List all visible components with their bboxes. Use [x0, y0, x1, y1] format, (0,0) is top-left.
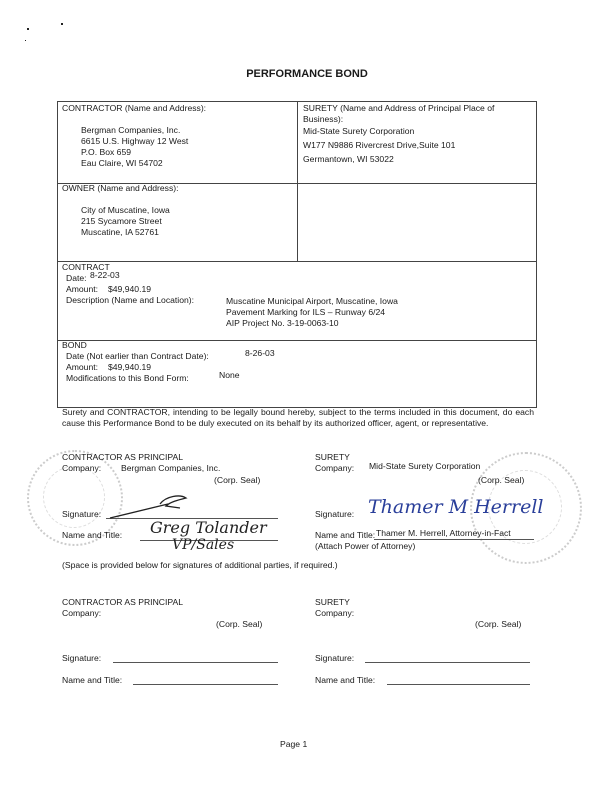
principal-handwritten-title: VP/Sales — [172, 537, 234, 553]
column-divider — [297, 101, 298, 261]
contractor-address-line: Bergman Companies, Inc. — [81, 125, 180, 136]
principal-handwritten-name: Greg Tolander — [150, 518, 267, 537]
surety-seal-label: (Corp. Seal) — [478, 475, 524, 486]
surety-company-value: Mid-State Surety Corporation — [369, 461, 480, 472]
owner-address-line: City of Muscatine, Iowa — [81, 205, 170, 216]
bond-modifications-value: None — [219, 370, 240, 381]
principal-company-label: Company: — [62, 463, 101, 474]
owner-label: OWNER (Name and Address): — [62, 183, 179, 194]
additional-parties-note: (Space is provided below for signatures … — [62, 560, 338, 571]
owner-address-line: Muscatine, IA 52761 — [81, 227, 159, 238]
contract-amount-label: Amount: — [66, 284, 98, 295]
additional-surety-signature-label: Signature: — [315, 653, 354, 664]
additional-principal-name-title-line[interactable] — [133, 684, 278, 685]
scan-speck — [61, 23, 63, 25]
bond-date-value: 8-26-03 — [245, 348, 275, 359]
surety-handwritten-signature: Thamer M Herrell — [368, 496, 544, 518]
additional-surety-signature-line[interactable] — [365, 662, 530, 663]
principal-name-title-label: Name and Title: — [62, 530, 122, 541]
surety-name-title-label: Name and Title: — [315, 530, 375, 541]
scan-speck — [27, 28, 29, 30]
additional-surety-name-title-label: Name and Title: — [315, 675, 375, 686]
contract-amount-value: $49,940.19 — [108, 284, 151, 295]
contract-date-label: Date: — [66, 273, 87, 284]
surety-company-label: Company: — [315, 463, 354, 474]
contract-description-line: Muscatine Municipal Airport, Muscatine, … — [226, 296, 398, 307]
principal-signature-label: Signature: — [62, 509, 101, 520]
additional-principal-heading: CONTRACTOR AS PRINCIPAL — [62, 597, 183, 608]
additional-principal-signature-line[interactable] — [113, 662, 278, 663]
additional-surety-heading: SURETY — [315, 597, 350, 608]
bond-date-label: Date (Not earlier than Contract Date): — [66, 351, 209, 362]
additional-surety-seal-label: (Corp. Seal) — [475, 619, 521, 630]
additional-surety-name-title-line[interactable] — [387, 684, 530, 685]
scan-speck — [25, 40, 26, 41]
contractor-address-line: P.O. Box 659 — [81, 147, 131, 158]
page-number: Page 1 — [280, 739, 307, 750]
surety-address-line: Germantown, WI 53022 — [303, 154, 394, 165]
contract-description-label: Description (Name and Location): — [66, 295, 194, 306]
surety-signature-label: Signature: — [315, 509, 354, 520]
contract-description-line: Pavement Marking for ILS – Runway 6/24 — [226, 307, 385, 318]
additional-surety-company-label: Company: — [315, 608, 354, 619]
bond-amount-label: Amount: — [66, 362, 98, 373]
row-divider — [57, 261, 537, 262]
surety-address-line: W177 N9886 Rivercrest Drive,Suite 101 — [303, 140, 455, 151]
principal-seal-label: (Corp. Seal) — [214, 475, 260, 486]
surety-label-cont: Business): — [303, 114, 343, 125]
surety-power-of-attorney-note: (Attach Power of Attorney) — [315, 541, 415, 552]
execution-statement: Surety and CONTRACTOR, intending to be l… — [62, 407, 534, 429]
bond-amount-value: $49,940.19 — [108, 362, 151, 373]
surety-name-title-value: Thamer M. Herrell, Attorney-in-Fact — [376, 528, 511, 539]
additional-principal-signature-label: Signature: — [62, 653, 101, 664]
contractor-label: CONTRACTOR (Name and Address): — [62, 103, 206, 114]
contract-description-line: AIP Project No. 3-19-0063-10 — [226, 318, 339, 329]
contract-date-value: 8-22-03 — [90, 270, 120, 281]
contractor-address-line: Eau Claire, WI 54702 — [81, 158, 163, 169]
surety-address-line: Mid-State Surety Corporation — [303, 126, 414, 137]
contractor-address-line: 6615 U.S. Highway 12 West — [81, 136, 188, 147]
principal-heading: CONTRACTOR AS PRINCIPAL — [62, 452, 183, 463]
row-divider — [57, 340, 537, 341]
surety-label: SURETY (Name and Address of Principal Pl… — [303, 103, 494, 114]
additional-principal-seal-label: (Corp. Seal) — [216, 619, 262, 630]
owner-address-line: 215 Sycamore Street — [81, 216, 162, 227]
principal-company-value: Bergman Companies, Inc. — [121, 463, 220, 474]
bond-heading: BOND — [62, 340, 87, 351]
surety-name-title-line[interactable] — [374, 539, 534, 540]
surety-heading: SURETY — [315, 452, 350, 463]
additional-principal-company-label: Company: — [62, 608, 101, 619]
bond-modifications-label: Modifications to this Bond Form: — [66, 373, 189, 384]
page-title: PERFORMANCE BOND — [0, 68, 614, 80]
additional-principal-name-title-label: Name and Title: — [62, 675, 122, 686]
